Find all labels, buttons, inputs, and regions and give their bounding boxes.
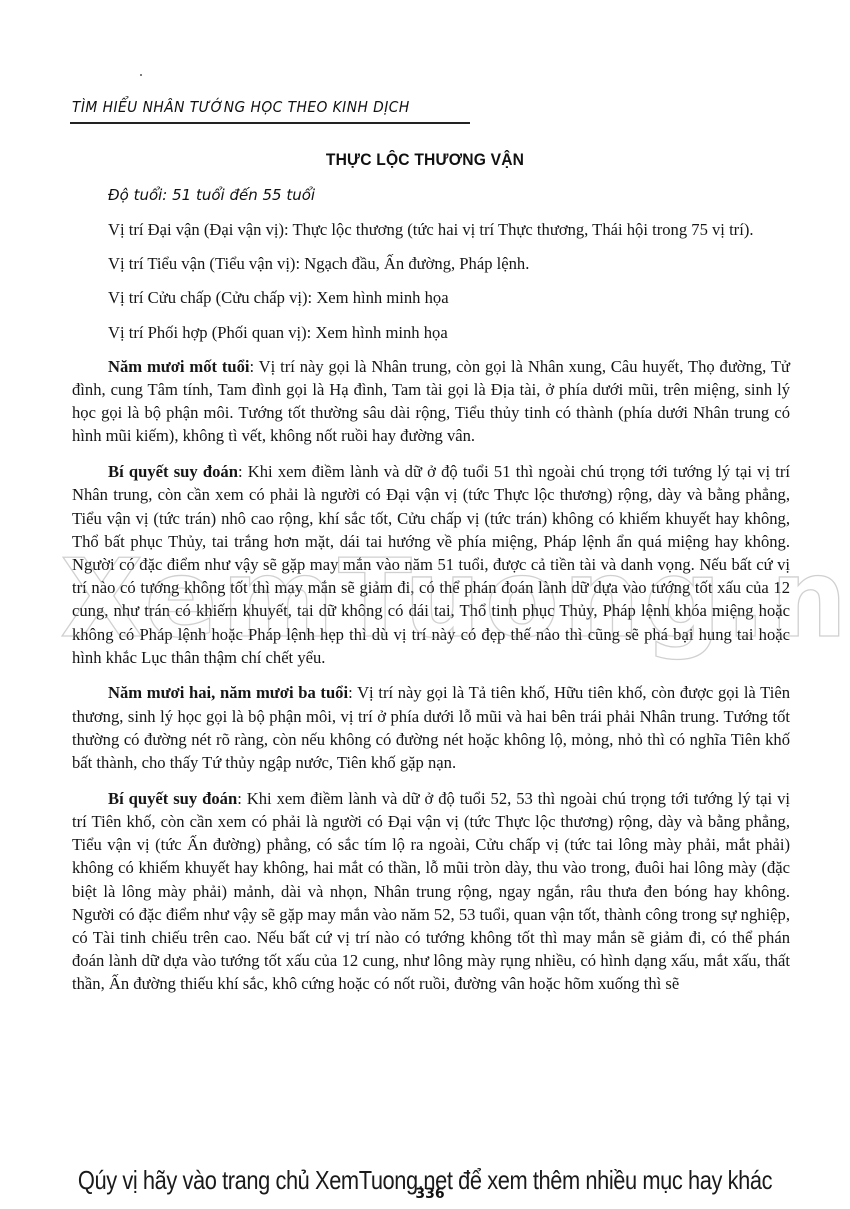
section-text: : Khi xem điềm lành và dữ ở độ tuổi 51 t… bbox=[72, 462, 790, 667]
running-header: TÌM HIỂU NHÂN TƯỚNG HỌC THEO KINH DỊCH bbox=[72, 98, 440, 124]
section-heading: Bí quyết suy đoán bbox=[108, 789, 237, 808]
section-paragraph: Năm mươi hai, năm mươi ba tuổi: Vị trí n… bbox=[72, 681, 790, 774]
section-paragraph: Năm mươi mốt tuổi: Vị trí này gọi là Nhâ… bbox=[72, 355, 790, 448]
section-paragraph: Bí quyết suy đoán: Khi xem điềm lành và … bbox=[72, 787, 790, 996]
scan-speck bbox=[140, 74, 142, 76]
chapter-title: THỰC LỘC THƯƠNG VẬN bbox=[34, 150, 816, 170]
book-page: TÌM HIỂU NHÂN TƯỚNG HỌC THEO KINH DỊCH T… bbox=[0, 0, 850, 1209]
position-phoi-hop: Vị trí Phối hợp (Phối quan vị): Xem hình… bbox=[72, 321, 790, 344]
header-underline bbox=[70, 122, 470, 124]
page-number: 336 bbox=[410, 1186, 450, 1202]
section-text: : Khi xem điềm lành và dữ ở độ tuổi 52, … bbox=[72, 789, 790, 994]
position-minor: Vị trí Tiểu vận (Tiểu vận vị): Ngạch đầu… bbox=[72, 252, 790, 275]
age-range: Độ tuổi: 51 tuổi đến 55 tuổi bbox=[108, 186, 315, 204]
body-text: Vị trí Đại vận (Đại vận vị): Thực lộc th… bbox=[72, 218, 790, 1008]
section-heading: Bí quyết suy đoán bbox=[108, 462, 238, 481]
section-heading: Năm mươi hai, năm mươi ba tuổi bbox=[108, 683, 348, 702]
position-cuu-chap: Vị trí Cửu chấp (Cửu chấp vị): Xem hình … bbox=[72, 286, 790, 309]
position-major: Vị trí Đại vận (Đại vận vị): Thực lộc th… bbox=[72, 218, 790, 241]
section-heading: Năm mươi mốt tuổi bbox=[108, 357, 250, 376]
section-paragraph: Bí quyết suy đoán: Khi xem điềm lành và … bbox=[72, 460, 790, 669]
